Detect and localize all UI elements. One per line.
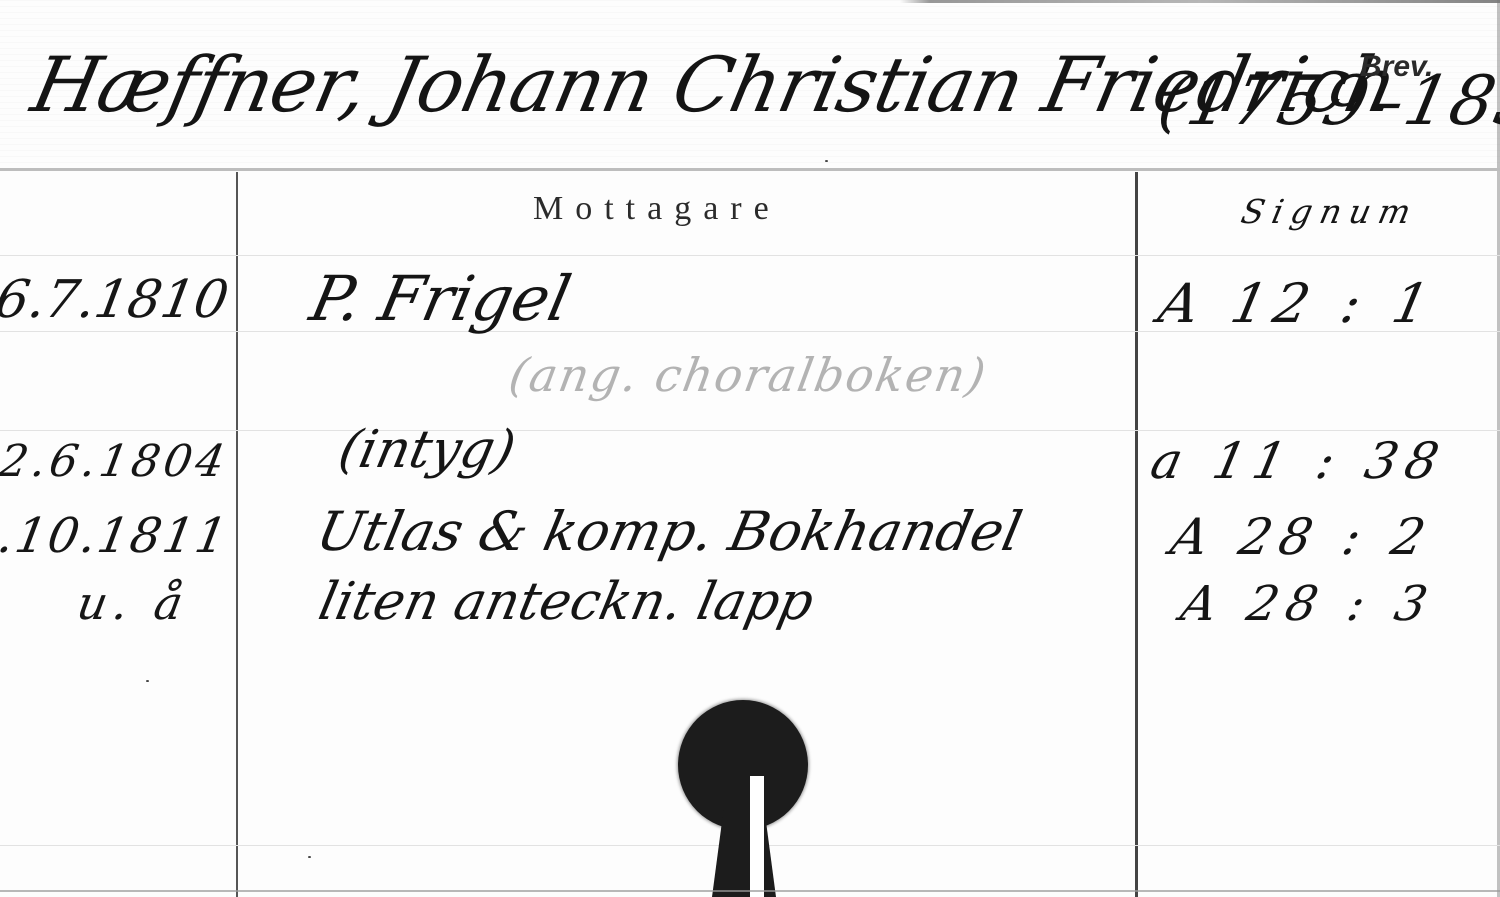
category-label: Brev. xyxy=(1360,50,1433,84)
entry-signum: a 11 : 38 xyxy=(1146,432,1452,490)
entry-date: 6.7.1810 xyxy=(0,270,233,330)
index-card: Hæffner, Johann Christian Friedrich (175… xyxy=(0,0,1500,897)
entry-date: 1.10.1811 xyxy=(0,508,233,564)
ruled-line xyxy=(0,430,1500,431)
column-header-recipient: Mottagare xyxy=(533,190,781,228)
column-divider-date xyxy=(236,172,238,897)
filing-rod-hole xyxy=(678,700,812,897)
column-header-signum: Signum xyxy=(1238,192,1422,231)
life-years: (1759–1833) xyxy=(1152,62,1500,141)
entry-signum: A 28 : 3 xyxy=(1176,576,1440,632)
column-divider-signum xyxy=(1135,172,1138,897)
entry-date: 12.6.1804 xyxy=(0,436,232,487)
ink-speck xyxy=(308,856,311,858)
ruled-line xyxy=(0,255,1500,256)
header-divider xyxy=(0,168,1500,171)
hole-slot xyxy=(750,776,764,897)
entry-signum: A 28 : 2 xyxy=(1166,508,1438,566)
entry-recipient: Utlas & komp. Bokhandel xyxy=(311,500,1027,563)
entry-recipient: (intyg) xyxy=(334,420,521,480)
entry-date: u. å xyxy=(73,576,193,630)
pencil-annotation: (ang. choralboken) xyxy=(505,348,991,402)
entry-signum: A 12 : 1 xyxy=(1153,272,1442,335)
ink-speck xyxy=(825,160,828,162)
card-bottom-edge xyxy=(0,890,1500,892)
ink-speck xyxy=(146,680,149,682)
scan-edge-top xyxy=(0,0,1500,3)
entry-recipient: liten anteckn. lapp xyxy=(314,572,819,632)
entry-recipient: P. Frigel xyxy=(304,262,577,335)
